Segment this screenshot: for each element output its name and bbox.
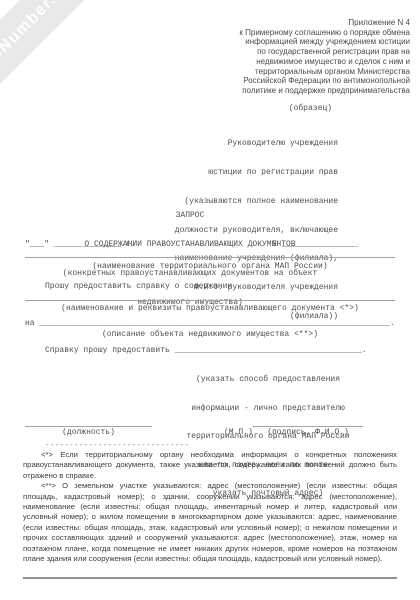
addressee-line: Руководителю учреждения	[175, 139, 338, 149]
bottom-divider	[23, 577, 397, 579]
delivery-fill-line: Справку прошу предоставить _____________…	[45, 346, 367, 356]
sample-label: (образец)	[289, 104, 332, 114]
document-fill-line	[25, 300, 395, 301]
org-caption: (наименование территориального органа МА…	[25, 262, 395, 272]
signature-caption: (подпись, Ф.И.О.)	[253, 428, 363, 438]
annex-header-line: территориальным органом Министерства	[239, 67, 410, 77]
footnote-item: <**> О земельном участке указываются: ад…	[23, 481, 397, 564]
stamp-placeholder: (М.П.)	[224, 428, 253, 438]
request-intro: Прошу предоставить справку о содержании	[45, 282, 232, 292]
position-signature-line	[25, 426, 152, 427]
annex-header-line: политике и поддержке предпринимательства	[239, 86, 410, 96]
document-page: NoNumber.ru Приложение N 4 к Примерному …	[0, 0, 420, 600]
watermark-band: NoNumber.ru	[0, 0, 148, 148]
footnotes-block: <*> Если территориальному органу необход…	[23, 450, 397, 564]
number-blank-field: N ________________	[272, 240, 358, 250]
watermark-text: NoNumber.ru	[0, 0, 74, 74]
annex-header: Приложение N 4 к Примерному соглашению о…	[239, 18, 410, 96]
title-line: ЗАПРОС	[20, 211, 360, 221]
addressee-line: юстиции по регистрации прав	[175, 168, 338, 178]
delivery-hint-line: (указать способ предоставления	[163, 375, 373, 385]
object-fill-line: на _____________________________________…	[25, 319, 395, 329]
position-caption: (должность)	[25, 428, 152, 438]
annex-header-line: по государственной регистрации прав на	[239, 47, 410, 57]
footnote-item: <*> Если территориальному органу необход…	[23, 450, 397, 481]
object-caption: (описание объекта недвижимого имущества …	[25, 330, 395, 340]
document-caption: (наименование и реквизиты правоустанавли…	[25, 304, 395, 314]
annex-header-line: к Примерному соглашению о порядке обмена	[239, 28, 410, 38]
delivery-hint-line: информации - лично представителю	[163, 404, 373, 414]
annex-header-line: информацией между учреждением юстиции	[239, 37, 410, 47]
annex-header-line: Приложение N 4	[239, 18, 410, 28]
org-fill-line	[25, 257, 395, 258]
annex-header-line: недвижимое имущество и сделок с ним и	[239, 57, 410, 67]
date-blank-field: "___" ______________ г.	[25, 240, 135, 250]
annex-header-line: Российской Федерации по антимонопольной	[239, 76, 410, 86]
name-signature-line	[253, 426, 363, 427]
